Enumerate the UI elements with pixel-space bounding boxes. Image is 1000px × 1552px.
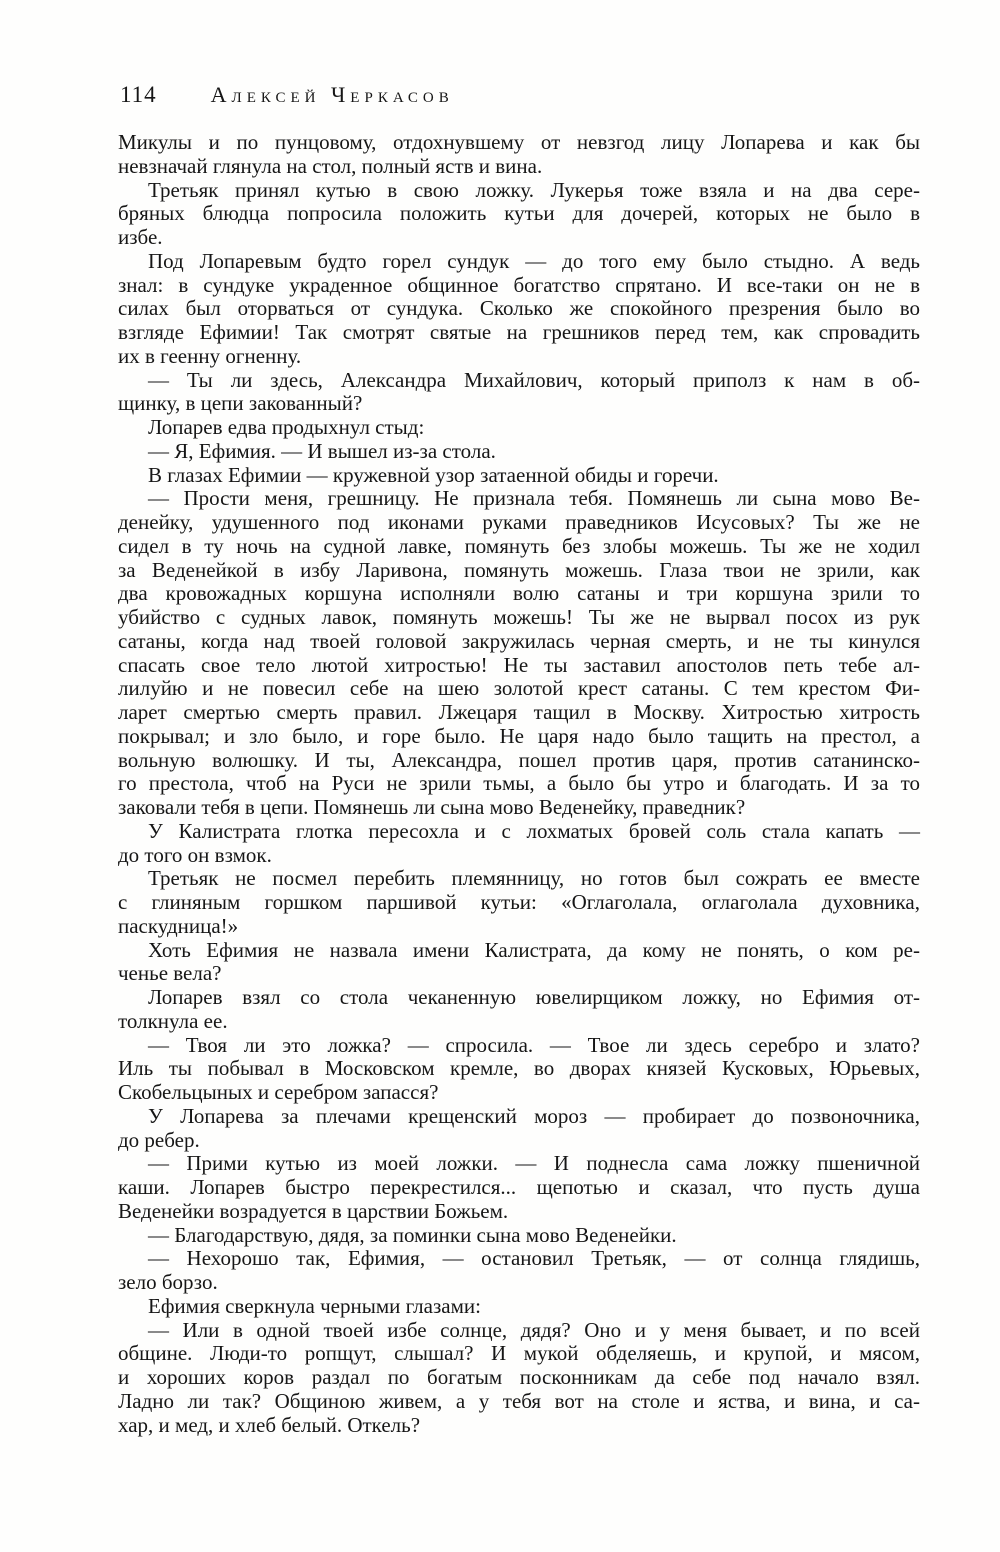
book-page: 114 Алексей Черкасов Микулы и по пунцово… [0, 0, 1000, 1552]
page-number: 114 [120, 82, 157, 108]
paragraph: — Прости меня, грешницу. Не признала теб… [118, 487, 920, 820]
text-line: силах был оторваться от сундука. Сколько… [118, 297, 920, 321]
text-line: Третьяк принял кутью в свою ложку. Лукер… [118, 179, 920, 203]
text-line: Третьяк не посмел перебить племянницу, н… [118, 867, 920, 891]
text-line: — Прости меня, грешницу. Не признала теб… [118, 487, 920, 511]
text-line: Под Лопаревым будто горел сундук — до то… [118, 250, 920, 274]
text-line: их в геенну огненну. [118, 345, 920, 369]
text-line: У Калистрата глотка пересохла и с лохмат… [118, 820, 920, 844]
text-line: хар, и мед, и хлеб белый. Откель? [118, 1414, 920, 1438]
text-line: каши. Лопарев быстро перекрестился... ще… [118, 1176, 920, 1200]
text-line: знал: в сундуке украденное общинное бога… [118, 274, 920, 298]
text-line: Микулы и по пунцовому, отдохнувшему от н… [118, 131, 920, 155]
text-line: толкнула ее. [118, 1010, 920, 1034]
text-line: Иль ты побывал в Московском кремле, во д… [118, 1057, 920, 1081]
text-line: — Ты ли здесь, Александра Михайлович, ко… [118, 369, 920, 393]
paragraph: Микулы и по пунцовому, отдохнувшему от н… [118, 131, 920, 179]
text-line: Лопарев взял со стола чеканенную ювелирщ… [118, 986, 920, 1010]
text-line: общине. Люди-то ропщут, слышал? И мукой … [118, 1342, 920, 1366]
paragraph: Третьяк не посмел перебить племянницу, н… [118, 867, 920, 938]
text-line: за Веденейкой в избу Ларивона, помянуть … [118, 559, 920, 583]
text-line: сидел в ту ночь на судной лавке, помянут… [118, 535, 920, 559]
text-line: Ладно ли так? Общиною живем, а у тебя во… [118, 1390, 920, 1414]
text-line: — Я, Ефимия. — И вышел из-за стола. [118, 440, 920, 464]
text-line: Веденейки возрадуется в царствии Божьем. [118, 1200, 920, 1224]
paragraph: — Я, Ефимия. — И вышел из-за стола. [118, 440, 920, 464]
text-line: Хоть Ефимия не назвала имени Калистрата,… [118, 939, 920, 963]
text-line: ченье вела? [118, 962, 920, 986]
paragraph: — Благодарствую, дядя, за поминки сына м… [118, 1224, 920, 1248]
paragraph: — Прими кутью из моей ложки. — И поднесл… [118, 1152, 920, 1223]
text-line: спасать свое тело лютой хитростью! Не ты… [118, 654, 920, 678]
paragraph: — Или в одной твоей избе солнце, дядя? О… [118, 1319, 920, 1438]
text-line: У Лопарева за плечами крещенский мороз —… [118, 1105, 920, 1129]
text-line: с глиняным горшком паршивой кутьи: «Огла… [118, 891, 920, 915]
text-line: зело борзо. [118, 1271, 920, 1295]
running-header: Алексей Черкасов [211, 82, 454, 108]
text-line: денейку, удушенного под иконами руками п… [118, 511, 920, 535]
text-line: до того он взмок. [118, 844, 920, 868]
text-line: убийство с судных лавок, помянуть можешь… [118, 606, 920, 630]
text-line: заковали тебя в цепи. Помянешь ли сына м… [118, 796, 920, 820]
text-line: Лопарев едва продыхнул стыд: [118, 416, 920, 440]
paragraph: — Ты ли здесь, Александра Михайлович, ко… [118, 369, 920, 417]
paragraph: В глазах Ефимии — кружевной узор затаенн… [118, 464, 920, 488]
text-line: — Благодарствую, дядя, за поминки сына м… [118, 1224, 920, 1248]
text-line: сатаны, когда над твоей головой закружил… [118, 630, 920, 654]
text-line: невзначай глянула на стол, полный яств и… [118, 155, 920, 179]
text-line: два кровожадных коршуна исполняли волю с… [118, 582, 920, 606]
page-header: 114 Алексей Черкасов [120, 82, 454, 108]
paragraph: — Нехорошо так, Ефимия, — остановил Трет… [118, 1247, 920, 1295]
text-line: бряных блюдца попросила положить кутьи д… [118, 202, 920, 226]
text-line: Скобельцыных и серебром запасся? [118, 1081, 920, 1105]
text-line: вольную волюшку. И ты, Александра, пошел… [118, 749, 920, 773]
text-line: покрывал; и зло было, и горе было. Не ца… [118, 725, 920, 749]
text-line: взгляде Ефимии! Так смотрят святые на гр… [118, 321, 920, 345]
text-line: Ефимия сверкнула черными глазами: [118, 1295, 920, 1319]
text-line: ларет смертью смерть правил. Лжецаря тащ… [118, 701, 920, 725]
text-line: — Нехорошо так, Ефимия, — остановил Трет… [118, 1247, 920, 1271]
text-line: — Прими кутью из моей ложки. — И поднесл… [118, 1152, 920, 1176]
text-line: и хороших коров раздал по богатым поскон… [118, 1366, 920, 1390]
paragraph: У Лопарева за плечами крещенский мороз —… [118, 1105, 920, 1153]
paragraph: Третьяк принял кутью в свою ложку. Лукер… [118, 179, 920, 250]
text-line: — Или в одной твоей избе солнце, дядя? О… [118, 1319, 920, 1343]
text-line: до ребер. [118, 1129, 920, 1153]
text-line: избе. [118, 226, 920, 250]
text-line: го престола, чтоб на Руси не зрили тьмы,… [118, 772, 920, 796]
page-body: Микулы и по пунцовому, отдохнувшему от н… [118, 131, 920, 1437]
paragraph: Под Лопаревым будто горел сундук — до то… [118, 250, 920, 369]
text-line: лилуйю и не повесил себе на шею золотой … [118, 677, 920, 701]
paragraph: Ефимия сверкнула черными глазами: [118, 1295, 920, 1319]
paragraph: Хоть Ефимия не назвала имени Калистрата,… [118, 939, 920, 987]
text-line: щинку, в цепи закованный? [118, 392, 920, 416]
text-line: паскудница!» [118, 915, 920, 939]
paragraph: — Твоя ли это ложка? — спросила. — Твое … [118, 1034, 920, 1105]
paragraph: Лопарев взял со стола чеканенную ювелирщ… [118, 986, 920, 1034]
paragraph: У Калистрата глотка пересохла и с лохмат… [118, 820, 920, 868]
paragraph: Лопарев едва продыхнул стыд: [118, 416, 920, 440]
text-line: — Твоя ли это ложка? — спросила. — Твое … [118, 1034, 920, 1058]
text-line: В глазах Ефимии — кружевной узор затаенн… [118, 464, 920, 488]
